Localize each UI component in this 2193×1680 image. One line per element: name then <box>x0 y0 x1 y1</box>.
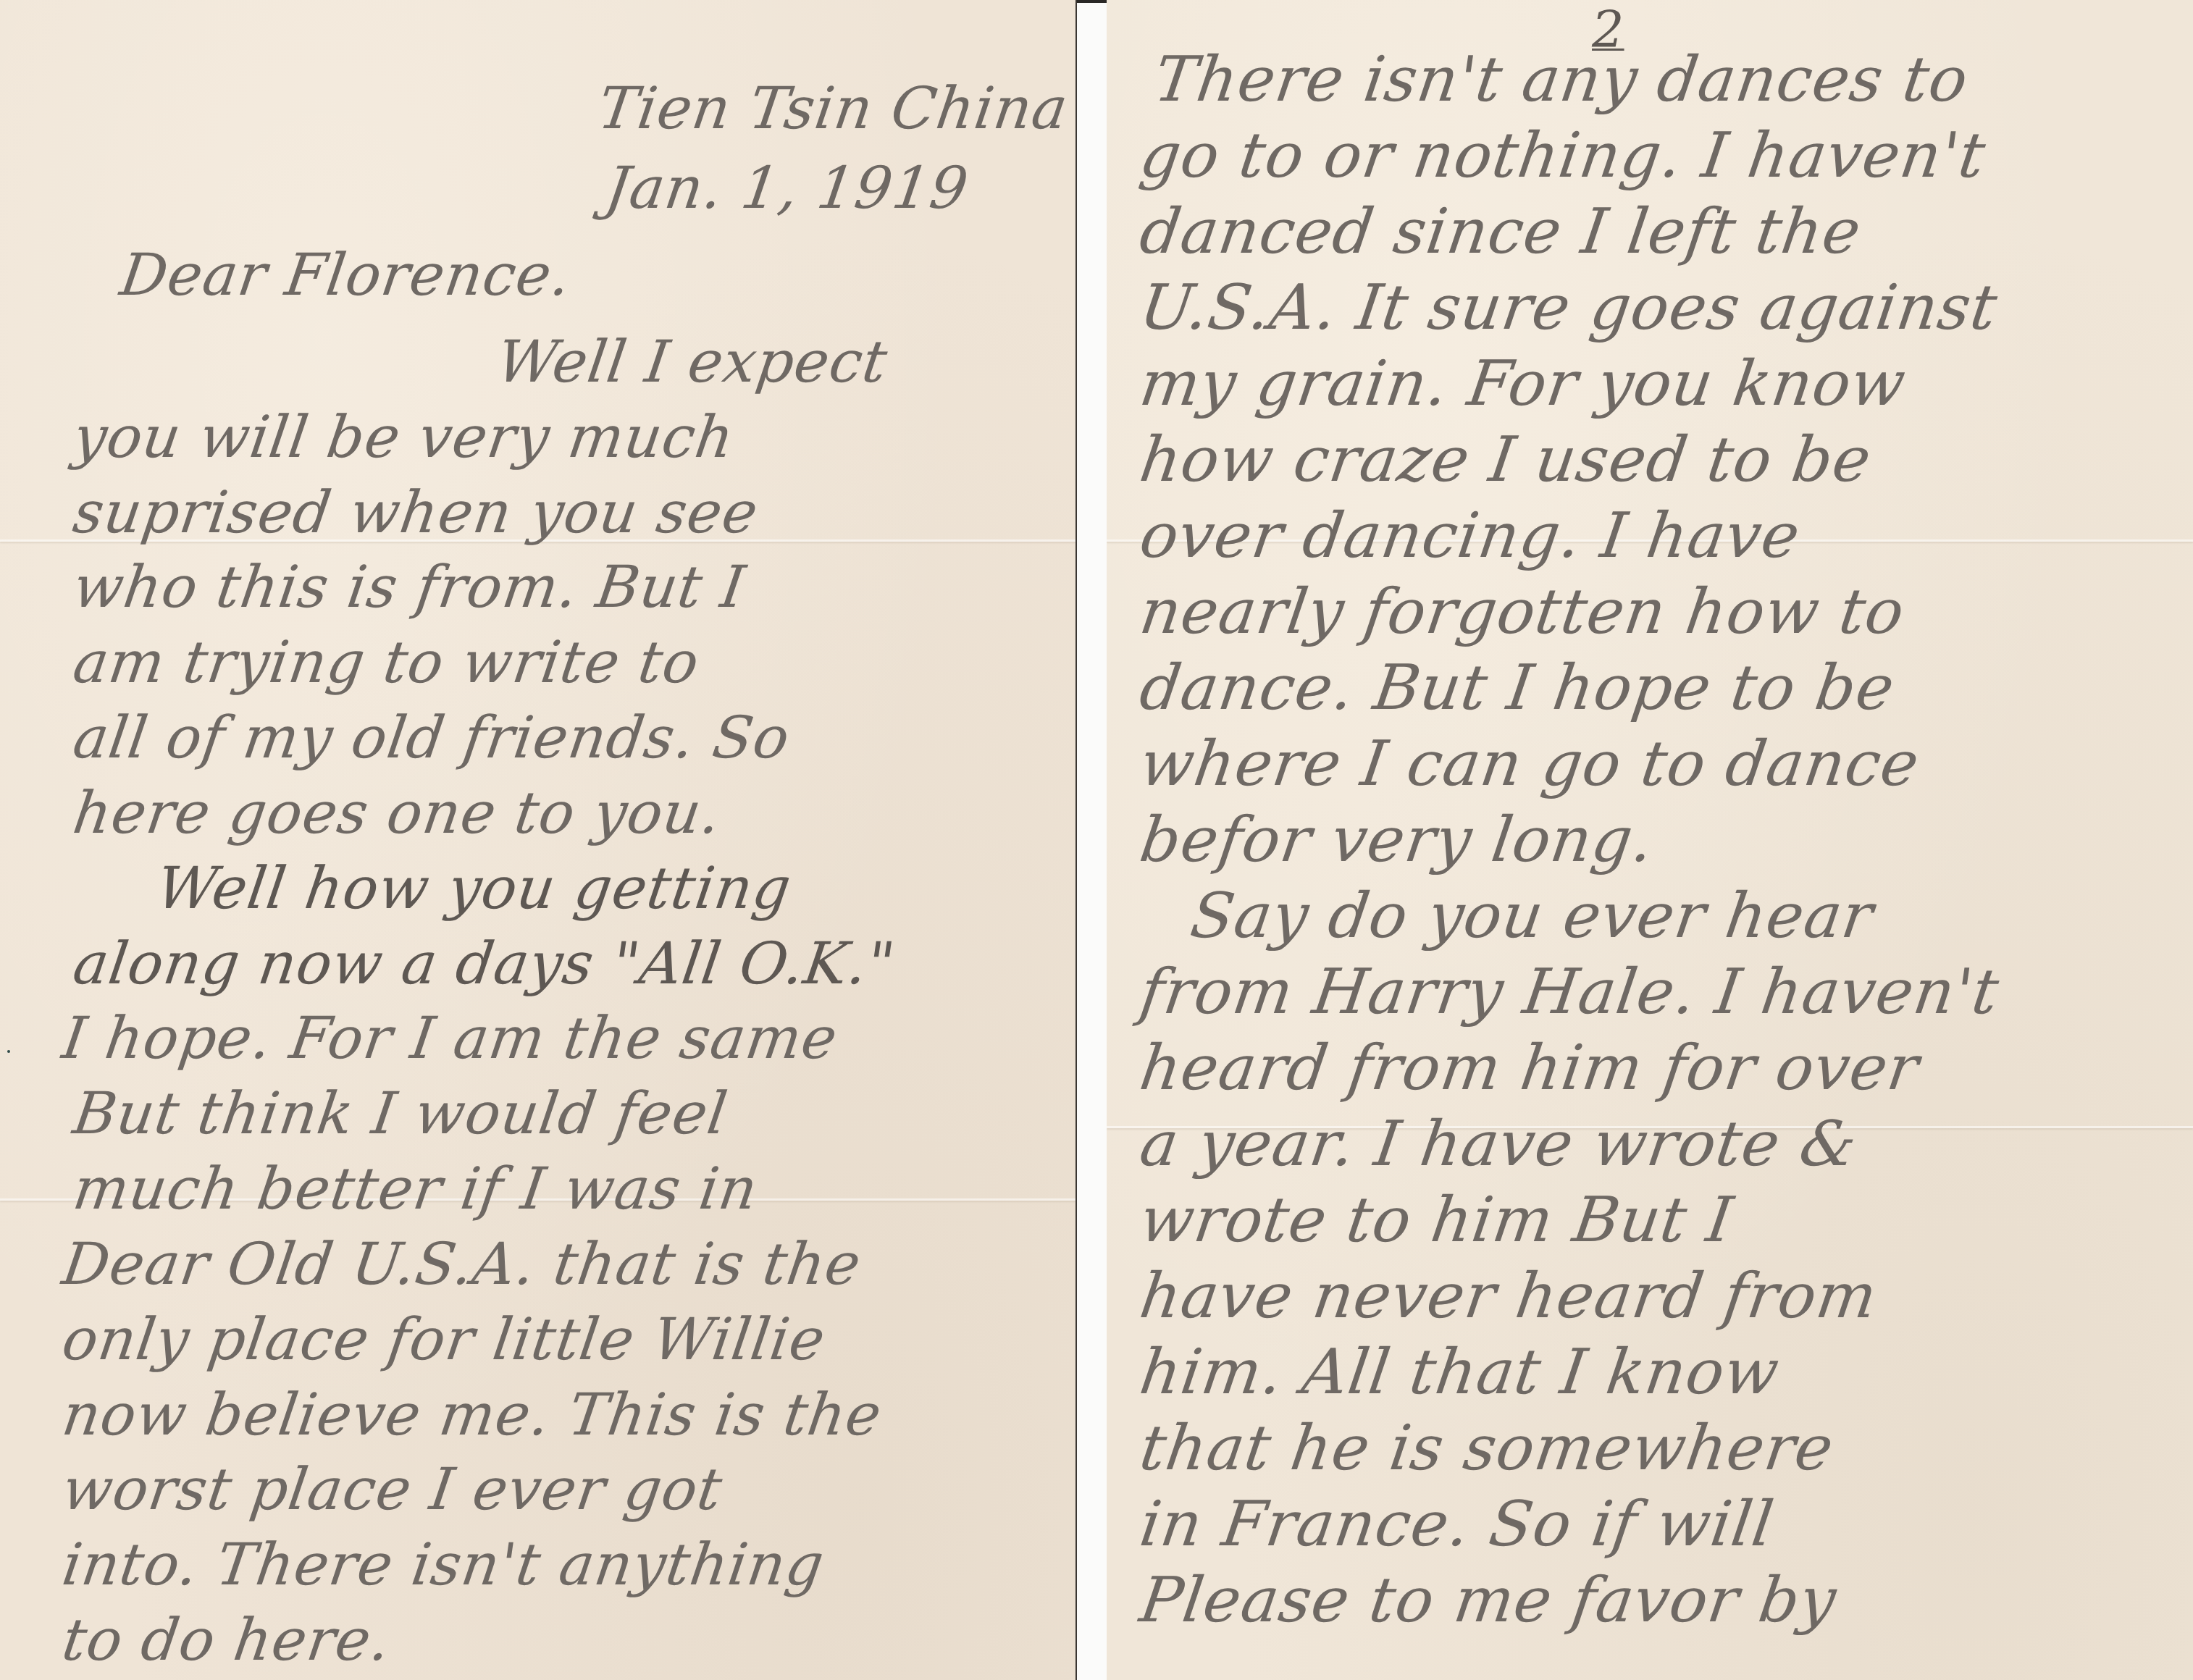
letter-line: dance. But I hope to be <box>1136 652 1899 724</box>
letter-line: into. There isn't anything <box>58 1529 829 1601</box>
letter-date: Jan. 1, 1919 <box>601 152 973 224</box>
letter-line: wrote to him But I <box>1136 1184 1737 1256</box>
letter-line: danced since I left the <box>1136 196 1866 268</box>
letter-line: where I can go to dance <box>1136 728 1924 800</box>
letter-line: I hope. For I am the same <box>58 1002 842 1075</box>
letter-line: nearly forgotten how to <box>1136 576 1909 648</box>
letter-place: Tien Tsin China <box>594 72 1073 145</box>
letter-line: much better if I was in <box>69 1153 762 1225</box>
letter-line: befor very long. <box>1136 804 1659 876</box>
letter-line: that he is somewhere <box>1136 1412 1838 1484</box>
letter-line: now believe me. This is the <box>58 1379 886 1451</box>
letter-line: Say do you ever hear <box>1186 880 1878 952</box>
letter-line: U.S.A. It sure goes against <box>1136 272 2002 344</box>
letter-page-2: 2 There isn't any dances to go to or not… <box>1107 0 2193 1680</box>
letter-line: Well I expect <box>492 326 892 398</box>
letter-line: how craze I used to be <box>1136 424 1876 496</box>
letter-line: him. All that I know <box>1136 1336 1784 1408</box>
letter-line: only place for little Willie <box>58 1303 830 1376</box>
letter-line: Well how you getting <box>152 852 796 925</box>
letter-line: a year. I have wrote & <box>1136 1108 1861 1180</box>
letter-line: here goes one to you. <box>69 777 726 849</box>
letter-line: There isn't any dances to <box>1150 43 1973 116</box>
letter-line: you will be very much <box>69 401 739 474</box>
letter-line: to do here. <box>58 1604 395 1676</box>
letter-line: Dear Old U.S.A. that is the <box>58 1228 865 1301</box>
letter-line: have never heard from <box>1136 1260 1882 1332</box>
letter-line: along now a days "All O.K." <box>69 928 900 1000</box>
letter-line: from Harry Hale. I haven't <box>1136 956 2003 1028</box>
letter-line: am trying to write to <box>69 626 704 699</box>
letter-line: But think I would feel <box>69 1078 732 1150</box>
letter-salutation: Dear Florence. <box>116 239 576 311</box>
letter-line: my grain. For you know <box>1136 348 1911 420</box>
letter-line: all of my old friends. So <box>69 702 794 774</box>
letter-line: suprised when you see <box>69 476 763 549</box>
letter-line: over dancing. I have <box>1136 500 1805 572</box>
letter-page-1: Tien Tsin China Jan. 1, 1919 Dear Floren… <box>0 0 1077 1680</box>
letter-line: worst place I ever got <box>58 1453 727 1526</box>
letter-line: who this is from. But I <box>69 551 750 623</box>
letter-line: heard from him for over <box>1136 1032 1924 1104</box>
page-divider <box>1077 0 1107 1680</box>
letter-line: Please to me favor by <box>1136 1564 1841 1637</box>
paper-speck <box>7 1050 10 1053</box>
letter-line: in France. So if will <box>1136 1488 1778 1561</box>
letter-line: go to or nothing. I haven't <box>1136 119 1990 192</box>
